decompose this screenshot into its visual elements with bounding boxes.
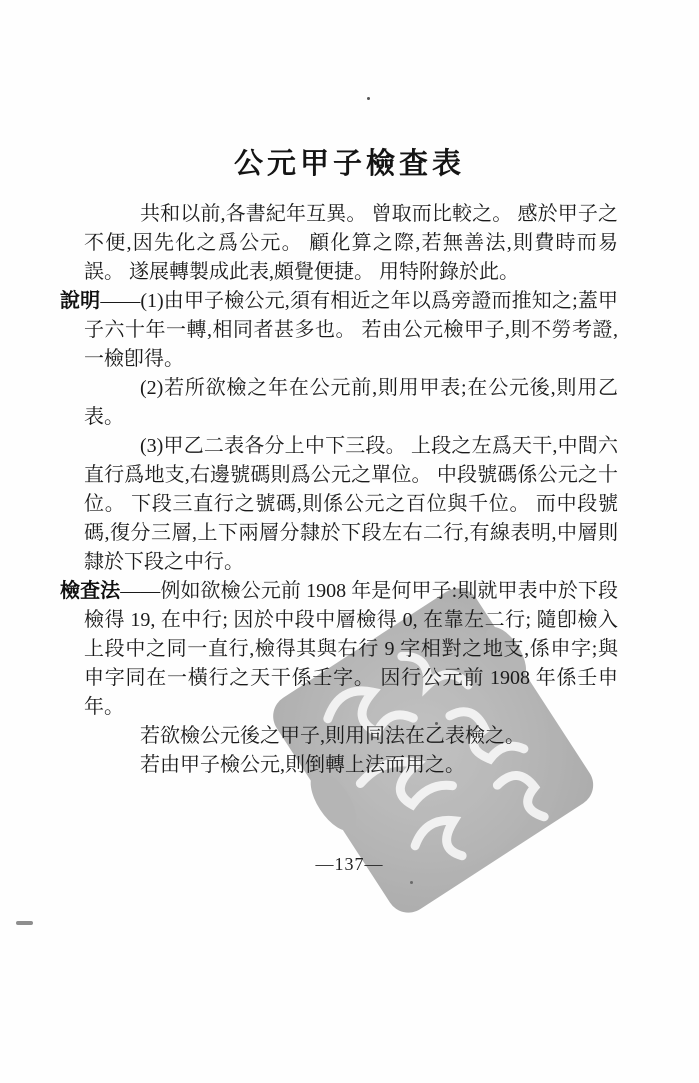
page-number: —137— [0,854,699,875]
scan-speck [367,97,370,100]
scan-speck [410,881,413,884]
sub-paragraph: (2)若所欲檢之年在公元前,則用甲表;在公元後,則用乙表。 [84,374,618,432]
section-label: 檢査法 [60,580,120,602]
page-title: 公元甲子檢査表 [0,141,699,182]
section-first-paragraph: 說明——(1)由甲子檢公元,須有相近之年以爲旁證而推知之;蓋甲子六十年一轉,相同… [84,287,618,374]
section-dash: —— [120,580,160,602]
intro-paragraph: 共和以前,各書紀年互異。 曾取而比較之。 感於甲子之不便,因先化之爲公元。 顧化… [84,200,618,287]
section-first-paragraph: 檢査法——例如欲檢公元前 1908 年是何甲子:則就甲表中於下段檢得 19, 在… [84,577,618,722]
section-body-text: 例如欲檢公元前 1908 年是何甲子:則就甲表中於下段檢得 19, 在中行; 因… [84,580,618,718]
sub-paragraph: 若欲檢公元後之甲子,則用同法在乙表檢之。 [84,722,618,751]
section-body-text: (1)由甲子檢公元,須有相近之年以爲旁證而推知之;蓋甲子六十年一轉,相同者甚多也… [84,290,618,370]
section-shuoming: 說明——(1)由甲子檢公元,須有相近之年以爲旁證而推知之;蓋甲子六十年一轉,相同… [84,287,618,577]
sub-paragraph: 若由甲子檢公元,則倒轉上法而用之。 [84,751,618,780]
section-label: 說明 [60,290,100,312]
sub-paragraph: (3)甲乙二表各分上中下三段。 上段之左爲天干,中間六直行爲地支,右邊號碼則爲公… [84,432,618,577]
book-page: 公元甲子檢査表 共和以前,各書紀年互異。 曾取而比較之。 感於甲子之不便,因先化… [0,0,699,1083]
scan-speck [16,921,33,925]
section-dash: —— [100,290,140,312]
section-jianchafa: 檢査法——例如欲檢公元前 1908 年是何甲子:則就甲表中於下段檢得 19, 在… [84,577,618,780]
text-block: 共和以前,各書紀年互異。 曾取而比較之。 感於甲子之不便,因先化之爲公元。 顧化… [84,200,618,780]
